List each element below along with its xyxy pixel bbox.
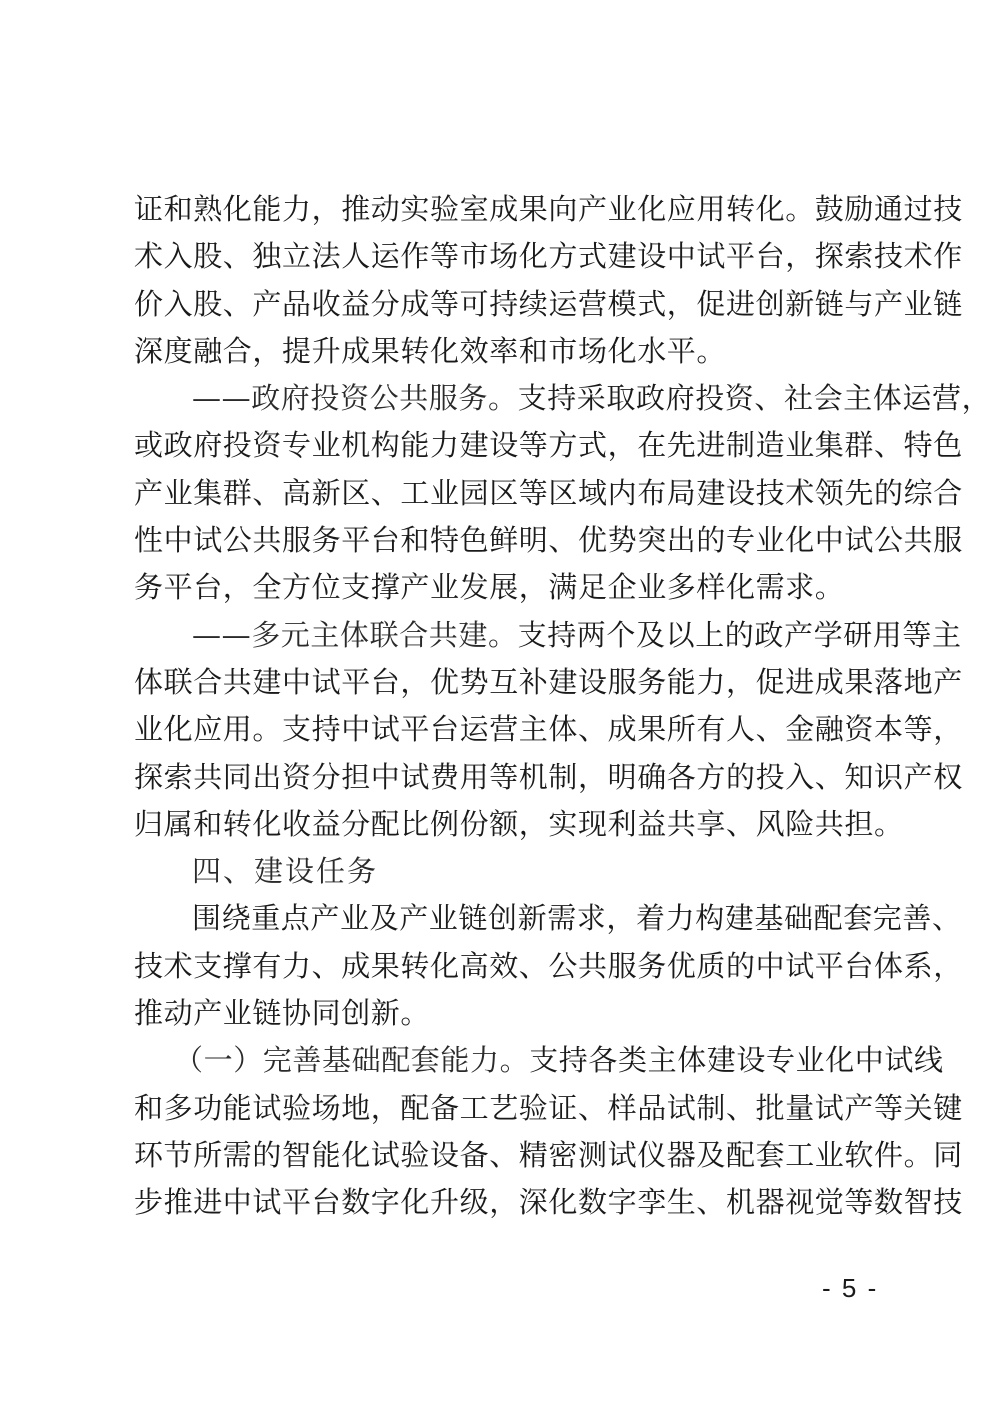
paragraph-line: 归属和转化收益分配比例份额，实现利益共享、风险共担。	[134, 801, 878, 848]
body-text: 证和熟化能力，推动实验室成果向产业化应用转化。鼓励通过技 术入股、独立法人运作等…	[134, 186, 878, 1227]
section-heading: 四、建设任务	[134, 848, 878, 895]
document-page: 证和熟化能力，推动实验室成果向产业化应用转化。鼓励通过技 术入股、独立法人运作等…	[0, 0, 1000, 1414]
subsection-heading: （一）完善基础配套能力。	[174, 1043, 529, 1077]
paragraph-text: 支持各类主体建设专业化中试线	[529, 1043, 943, 1077]
paragraph-text: 支持两个及以上的政产学研用等主	[518, 618, 962, 652]
paragraph-line: 价入股、产品收益分成等可持续运营模式，促进创新链与产业链	[134, 281, 878, 328]
paragraph-line: 和多功能试验场地，配备工艺验证、样品试制、批量试产等关键	[134, 1085, 878, 1132]
paragraph-line: 证和熟化能力，推动实验室成果向产业化应用转化。鼓励通过技	[134, 186, 878, 233]
paragraph-line: 务平台，全方位支撑产业发展，满足企业多样化需求。	[134, 564, 878, 611]
paragraph-line: ——多元主体联合共建。支持两个及以上的政产学研用等主	[134, 612, 878, 659]
paragraph-line: （一）完善基础配套能力。支持各类主体建设专业化中试线	[134, 1037, 878, 1084]
paragraph-line: 深度融合，提升成果转化效率和市场化水平。	[134, 328, 878, 375]
paragraph-line: 性中试公共服务平台和特色鲜明、优势突出的专业化中试公共服	[134, 517, 878, 564]
paragraph-lead-government-investment: ——政府投资公共服务。	[192, 381, 518, 415]
paragraph-line: 术入股、独立法人运作等市场化方式建设中试平台，探索技术作	[134, 233, 878, 280]
paragraph-line: 产业集群、高新区、工业园区等区域内布局建设技术领先的综合	[134, 470, 878, 517]
paragraph-line: 推动产业链协同创新。	[134, 990, 878, 1037]
paragraph-line: 环节所需的智能化试验设备、精密测试仪器及配套工业软件。同	[134, 1132, 878, 1179]
paragraph-line: 探索共同出资分担中试费用等机制，明确各方的投入、知识产权	[134, 754, 878, 801]
paragraph-line: 围绕重点产业及产业链创新需求，着力构建基础配套完善、	[134, 895, 878, 942]
paragraph-line: 技术支撑有力、成果转化高效、公共服务优质的中试平台体系，	[134, 943, 878, 990]
page-number: - 5 -	[822, 1273, 878, 1304]
paragraph-line: 业化应用。支持中试平台运营主体、成果所有人、金融资本等，	[134, 706, 878, 753]
paragraph-line: ——政府投资公共服务。支持采取政府投资、社会主体运营，	[134, 375, 878, 422]
paragraph-text: 支持采取政府投资、社会主体运营，	[518, 381, 992, 415]
paragraph-line: 体联合共建中试平台，优势互补建设服务能力，促进成果落地产	[134, 659, 878, 706]
paragraph-line: 或政府投资专业机构能力建设等方式，在先进制造业集群、特色	[134, 422, 878, 469]
paragraph-line: 步推进中试平台数字化升级，深化数字孪生、机器视觉等数智技	[134, 1179, 878, 1226]
paragraph-lead-joint-construction: ——多元主体联合共建。	[192, 618, 518, 652]
